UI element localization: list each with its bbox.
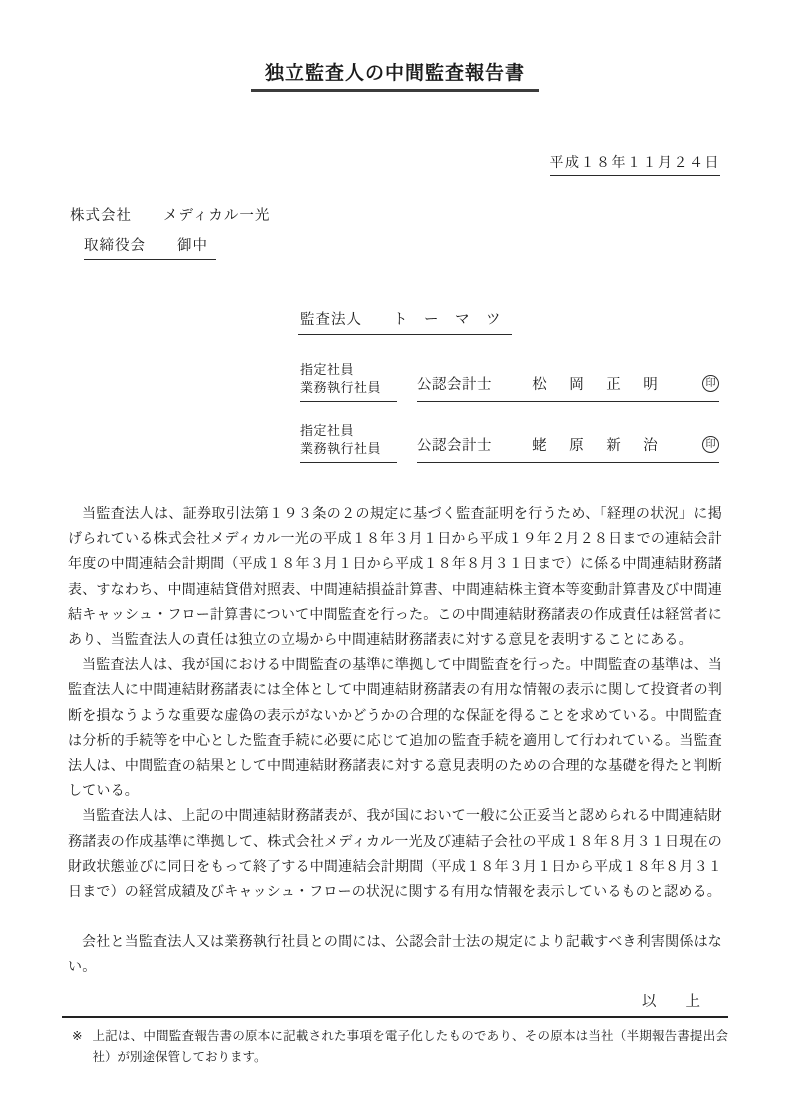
seal-character: 印 (706, 440, 716, 450)
footnote: ※ 上記は、中間監査報告書の原本に記載された事項を電子化したものであり、その原本… (62, 1026, 728, 1068)
closing-text: 以 上 (642, 994, 700, 1010)
signatory-role-line1: 指定社員 (300, 423, 354, 438)
auditor-firm-name: 監査法人 ト ー マ ツ (298, 308, 512, 335)
signatory-row-1: 指定社員 業務執行社員 公認会計士 松 岡 正 明 印 (300, 361, 728, 402)
signatory-role-line2: 業務執行社員 (300, 441, 381, 456)
signatory-role-2: 指定社員 業務執行社員 (300, 422, 397, 463)
closing-row: 以 上 (62, 990, 728, 1011)
paragraph-audit-standards: 当監査法人は、我が国における中間監査の基準に準拠して中間監査を行った。中間監査の… (68, 652, 722, 803)
seal-character: 印 (706, 379, 716, 389)
divider-rule (62, 1016, 728, 1018)
addressee-board: 取締役会 御中 (84, 234, 216, 260)
signatory-title: 公認会計士 (417, 373, 492, 394)
audit-report-page: 独立監査人の中間監査報告書 平成１８年１１月２４日 株式会社 メディカル一光 取… (0, 0, 790, 1118)
report-body: 当監査法人は、証券取引法第１９３条の２の規定に基づく監査証明を行うため、「経理の… (62, 501, 728, 980)
seal-icon: 印 (702, 436, 719, 453)
addressee-block: 株式会社 メディカル一光 取締役会 御中 (62, 204, 728, 260)
addressee-board-row: 取締役会 御中 (62, 234, 728, 260)
footnote-text: 上記は、中間監査報告書の原本に記載された事項を電子化したものであり、その原本は当… (92, 1026, 728, 1068)
paragraph-independence: 会社と当監査法人又は業務執行社員との間には、公認会計士法の規定により記載すべき利… (68, 929, 722, 979)
signatory-role-line1: 指定社員 (300, 362, 354, 377)
title-row: 独立監査人の中間監査報告書 (62, 58, 728, 92)
report-date: 平成１８年１１月２４日 (550, 152, 721, 176)
signatory-role-line2: 業務執行社員 (300, 380, 381, 395)
signature-block: 指定社員 業務執行社員 公認会計士 松 岡 正 明 印 指定社員 業務執行社員 … (62, 361, 728, 463)
page-title: 独立監査人の中間監査報告書 (251, 58, 539, 92)
signatory-title: 公認会計士 (417, 434, 492, 455)
signatory-name: 松 岡 正 明 (532, 373, 662, 394)
signatory-row-2: 指定社員 業務執行社員 公認会計士 蛯 原 新 治 印 (300, 422, 728, 463)
signatory-name: 蛯 原 新 治 (532, 434, 662, 455)
addressee-company: 株式会社 メディカル一光 (62, 204, 728, 225)
seal-icon: 印 (702, 375, 719, 392)
paragraph-scope: 当監査法人は、証券取引法第１９３条の２の規定に基づく監査証明を行うため、「経理の… (68, 501, 722, 652)
date-row: 平成１８年１１月２４日 (62, 152, 728, 176)
paragraph-opinion: 当監査法人は、上記の中間連結財務諸表が、我が国において一般に公正妥当と認められる… (68, 803, 722, 904)
footnote-mark: ※ (72, 1026, 82, 1068)
signatory-role-1: 指定社員 業務執行社員 (300, 361, 397, 402)
signatory-signature-2: 公認会計士 蛯 原 新 治 印 (417, 434, 719, 463)
auditor-firm-row: 監査法人 ト ー マ ツ (62, 308, 728, 335)
signatory-signature-1: 公認会計士 松 岡 正 明 印 (417, 373, 719, 402)
